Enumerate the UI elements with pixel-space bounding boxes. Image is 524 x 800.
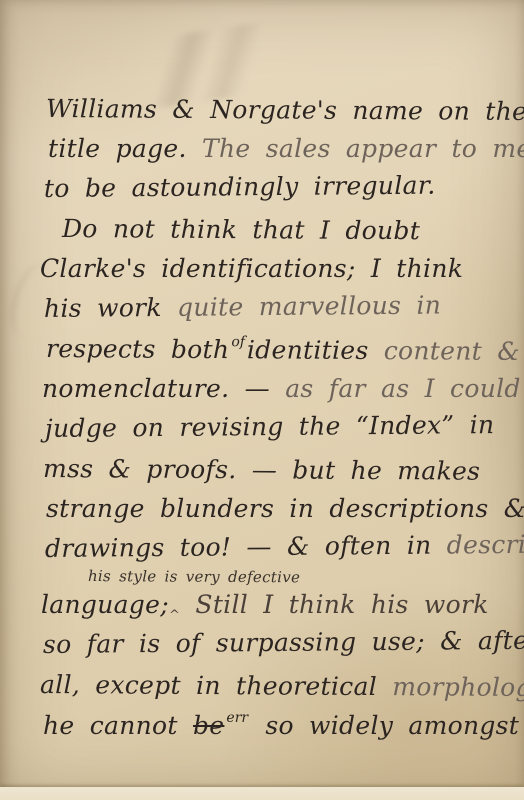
handwriting-line: he cannot beerr so widely amongst Cypera… bbox=[43, 706, 516, 746]
handwriting-line: strange blunders in descriptions & bbox=[46, 490, 516, 530]
handwriting-segment: title page. bbox=[48, 134, 202, 163]
superscript-insertion: err bbox=[226, 710, 248, 726]
handwriting-segment: nomenclature. — bbox=[42, 374, 285, 403]
superscript-insertion: of bbox=[231, 334, 245, 350]
handwriting-segment: Williams & Norgate's name on the bbox=[46, 94, 524, 126]
handwriting-segment: judge on revising the “Index” in bbox=[45, 410, 495, 443]
handwriting-segment: as far as I could bbox=[285, 374, 521, 403]
handwriting-line: nomenclature. — as far as I could bbox=[42, 370, 516, 410]
handwriting-line: judge on revising the “Index” in bbox=[45, 406, 516, 450]
letter-page: Williams & Norgate's name on thetitle pa… bbox=[0, 0, 524, 800]
interlinear-insertion: his style is very defective bbox=[88, 567, 516, 590]
handwriting-segment: descriptive bbox=[447, 529, 524, 559]
handwriting-segment: The sales appear to me bbox=[202, 134, 524, 163]
handwriting-segment: so widely amongst bbox=[250, 711, 524, 740]
handwriting-segment: so far is of surpassing use; & after bbox=[43, 626, 524, 659]
handwriting-segment: his work bbox=[44, 293, 177, 323]
handwriting-line: all, except in theoretical morphology, bbox=[40, 666, 516, 709]
handwriting-line: mss & proofs. — but he makes bbox=[43, 450, 516, 493]
handwriting-line: to be astoundingly irregular. bbox=[44, 166, 516, 210]
handwriting-segment: Do not think that I doubt bbox=[62, 214, 420, 245]
handwriting-segment: language; bbox=[41, 590, 169, 619]
handwriting-line: title page. The sales appear to me bbox=[48, 130, 516, 170]
paper-bottom-edge bbox=[0, 787, 524, 800]
handwriting-segment: morphology, bbox=[392, 672, 524, 702]
handwriting-segment: Still I think his work bbox=[180, 590, 489, 619]
handwriting-segment: identities bbox=[247, 335, 384, 365]
struck-out-word: be bbox=[193, 711, 224, 740]
handwriting-segment: Clarke's identifications; I think bbox=[40, 254, 463, 283]
handwriting-segment: quite marvellous in bbox=[177, 291, 441, 322]
handwriting-line: his work quite marvellous in bbox=[44, 286, 516, 330]
handwriting-segment: drawings too! — & often in bbox=[45, 530, 447, 563]
handwriting-segment: strange blunders in descriptions & bbox=[46, 494, 524, 523]
handwriting-segment: content & of bbox=[384, 336, 524, 366]
handwriting-line: drawings too! — & often in descriptive bbox=[45, 526, 516, 570]
handwriting-segment: his style is very defective bbox=[88, 567, 300, 586]
handwriting-line: Clarke's identifications; I think bbox=[40, 250, 516, 290]
handwriting-line: Williams & Norgate's name on the bbox=[46, 90, 516, 133]
handwriting-segment: he cannot bbox=[43, 711, 193, 740]
handwriting-segment: mss & proofs. — but he makes bbox=[43, 454, 480, 486]
handwriting-segment: all, except in theoretical bbox=[40, 670, 392, 701]
handwriting-line: respects bothofidentities content & of bbox=[46, 330, 516, 373]
handwriting-segment: respects both bbox=[46, 334, 229, 364]
insertion-caret: ^ bbox=[169, 608, 180, 623]
handwriting-line: language;^ Still I think his work bbox=[41, 586, 516, 626]
letter-body: Williams & Norgate's name on thetitle pa… bbox=[38, 90, 516, 746]
handwriting-line: so far is of surpassing use; & after bbox=[43, 622, 516, 666]
handwriting-segment: to be astoundingly irregular. bbox=[44, 171, 436, 203]
handwriting-line: Do not think that I doubt bbox=[62, 210, 516, 253]
